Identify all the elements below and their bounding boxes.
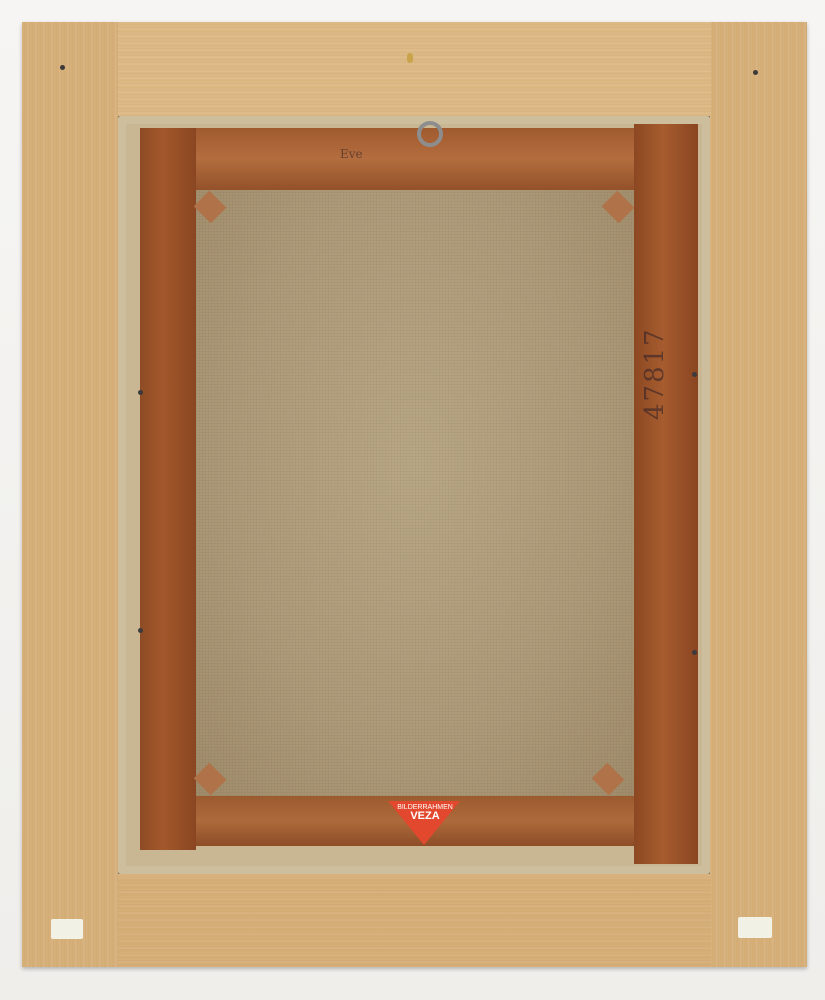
sticker-bottom-right [738,917,772,938]
frame-right-rail [711,22,807,967]
frame-top-rail [118,22,711,118]
nail [138,628,143,633]
stretcher-bar-top [196,128,636,190]
nail [138,390,143,395]
nail [692,372,697,377]
framer-label-text: BILDERRAHMEN VEZA [390,803,460,821]
right-bar-inscription: 47817 [640,327,670,420]
frame-left-rail [22,22,118,967]
stretcher-bar-left [140,128,196,850]
nail-hole [753,70,758,75]
frame-bottom-rail [118,877,711,967]
top-bar-inscription: Eve [340,147,363,161]
framer-label-line2: VEZA [390,812,460,821]
nail [692,650,697,655]
stretcher-bar-right [634,124,698,864]
hanging-ring-icon [417,121,443,147]
nail-hole [60,65,65,70]
hanging-hook-icon [407,53,413,63]
canvas-back [196,190,634,796]
sticker-bottom-left [51,919,83,939]
